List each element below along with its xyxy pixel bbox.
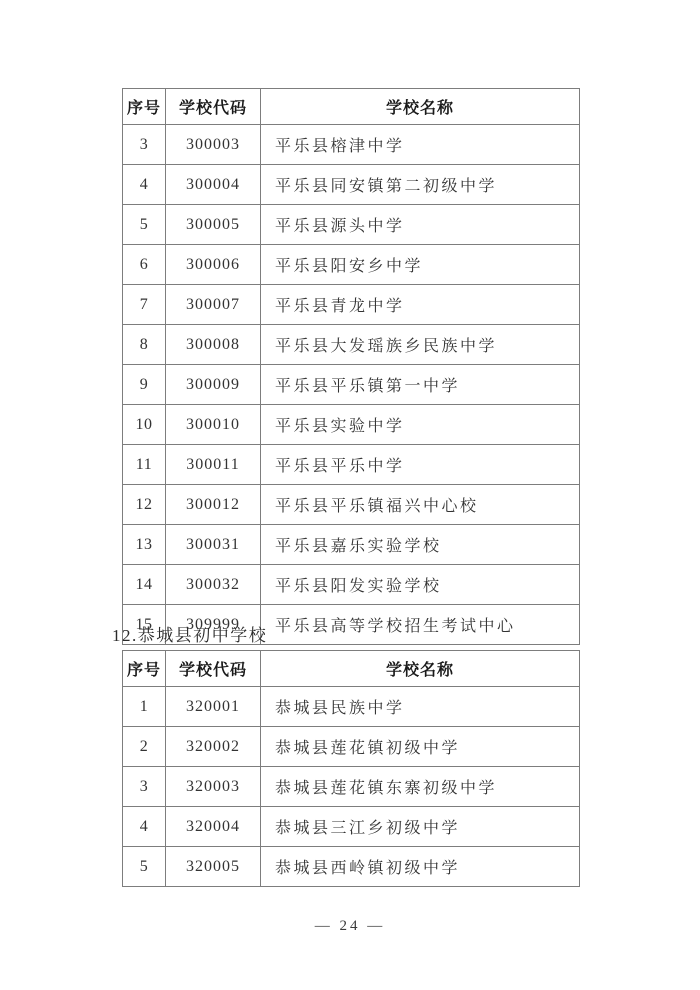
table-row: 4300004平乐县同安镇第二初级中学 (123, 165, 580, 205)
school-code-header: 学校代码 (166, 651, 261, 687)
serial-number-cell: 3 (123, 767, 166, 807)
table-row: 9300009平乐县平乐镇第一中学 (123, 365, 580, 405)
school-code-cell: 300004 (166, 165, 261, 205)
school-code-cell: 320005 (166, 847, 261, 887)
serial-number-cell: 5 (123, 847, 166, 887)
table-row: 3300003平乐县榕津中学 (123, 125, 580, 165)
serial-number-header: 序号 (123, 651, 166, 687)
school-code-cell: 300005 (166, 205, 261, 245)
school-name-cell: 平乐县平乐镇福兴中心校 (261, 485, 580, 525)
table-row: 13300031平乐县嘉乐实验学校 (123, 525, 580, 565)
serial-number-cell: 14 (123, 565, 166, 605)
school-code-cell: 300007 (166, 285, 261, 325)
school-table-pingle: 序号 学校代码 学校名称 3300003平乐县榕津中学4300004平乐县同安镇… (122, 88, 580, 645)
serial-number-cell: 11 (123, 445, 166, 485)
school-name-cell: 恭城县民族中学 (261, 687, 580, 727)
school-code-cell: 300010 (166, 405, 261, 445)
table-row: 6300006平乐县阳安乡中学 (123, 245, 580, 285)
serial-number-cell: 6 (123, 245, 166, 285)
table-row: 14300032平乐县阳发实验学校 (123, 565, 580, 605)
school-name-cell: 平乐县同安镇第二初级中学 (261, 165, 580, 205)
serial-number-cell: 13 (123, 525, 166, 565)
school-code-header: 学校代码 (166, 89, 261, 125)
school-name-cell: 平乐县平乐镇第一中学 (261, 365, 580, 405)
serial-number-cell: 10 (123, 405, 166, 445)
page-number: — 24 — (0, 918, 700, 935)
school-code-cell: 300003 (166, 125, 261, 165)
table-row: 3320003恭城县莲花镇东寨初级中学 (123, 767, 580, 807)
serial-number-cell: 7 (123, 285, 166, 325)
table-row: 2320002恭城县莲花镇初级中学 (123, 727, 580, 767)
table-row: 12300012平乐县平乐镇福兴中心校 (123, 485, 580, 525)
school-code-cell: 300009 (166, 365, 261, 405)
table-row: 11300011平乐县平乐中学 (123, 445, 580, 485)
serial-number-cell: 12 (123, 485, 166, 525)
school-code-cell: 300012 (166, 485, 261, 525)
serial-number-cell: 1 (123, 687, 166, 727)
table-body: 3300003平乐县榕津中学4300004平乐县同安镇第二初级中学5300005… (123, 125, 580, 645)
table-header-row: 序号 学校代码 学校名称 (123, 651, 580, 687)
school-name-cell: 平乐县嘉乐实验学校 (261, 525, 580, 565)
serial-number-cell: 3 (123, 125, 166, 165)
school-code-cell: 320003 (166, 767, 261, 807)
table-row: 5300005平乐县源头中学 (123, 205, 580, 245)
school-code-cell: 300006 (166, 245, 261, 285)
school-name-cell: 恭城县三江乡初级中学 (261, 807, 580, 847)
school-code-cell: 300032 (166, 565, 261, 605)
school-name-header: 学校名称 (261, 89, 580, 125)
school-name-cell: 平乐县青龙中学 (261, 285, 580, 325)
school-name-cell: 恭城县莲花镇初级中学 (261, 727, 580, 767)
serial-number-cell: 2 (123, 727, 166, 767)
table-row: 8300008平乐县大发瑶族乡民族中学 (123, 325, 580, 365)
table-header: 序号 学校代码 学校名称 (123, 89, 580, 125)
school-code-cell: 320001 (166, 687, 261, 727)
serial-number-header: 序号 (123, 89, 166, 125)
table-body: 1320001恭城县民族中学2320002恭城县莲花镇初级中学3320003恭城… (123, 687, 580, 887)
school-code-cell: 320002 (166, 727, 261, 767)
serial-number-cell: 4 (123, 807, 166, 847)
school-name-cell: 平乐县平乐中学 (261, 445, 580, 485)
serial-number-cell: 8 (123, 325, 166, 365)
school-name-cell: 平乐县阳安乡中学 (261, 245, 580, 285)
table-row: 5320005恭城县西岭镇初级中学 (123, 847, 580, 887)
serial-number-cell: 4 (123, 165, 166, 205)
school-table-gongcheng: 序号 学校代码 学校名称 1320001恭城县民族中学2320002恭城县莲花镇… (122, 650, 580, 887)
school-name-header: 学校名称 (261, 651, 580, 687)
table-row: 10300010平乐县实验中学 (123, 405, 580, 445)
table-header-row: 序号 学校代码 学校名称 (123, 89, 580, 125)
school-name-cell: 平乐县实验中学 (261, 405, 580, 445)
school-name-cell: 恭城县西岭镇初级中学 (261, 847, 580, 887)
school-name-cell: 平乐县大发瑶族乡民族中学 (261, 325, 580, 365)
school-name-cell: 平乐县源头中学 (261, 205, 580, 245)
serial-number-cell: 9 (123, 365, 166, 405)
school-code-cell: 300011 (166, 445, 261, 485)
school-name-cell: 平乐县高等学校招生考试中心 (261, 605, 580, 645)
document-page: 序号 学校代码 学校名称 3300003平乐县榕津中学4300004平乐县同安镇… (0, 0, 700, 990)
table-row: 7300007平乐县青龙中学 (123, 285, 580, 325)
school-name-cell: 平乐县榕津中学 (261, 125, 580, 165)
section-heading: 12.恭城县初中学校 (112, 621, 267, 646)
table-header: 序号 学校代码 学校名称 (123, 651, 580, 687)
table-row: 1320001恭城县民族中学 (123, 687, 580, 727)
school-name-cell: 平乐县阳发实验学校 (261, 565, 580, 605)
table-row: 4320004恭城县三江乡初级中学 (123, 807, 580, 847)
school-code-cell: 320004 (166, 807, 261, 847)
school-code-cell: 300008 (166, 325, 261, 365)
school-code-cell: 300031 (166, 525, 261, 565)
serial-number-cell: 5 (123, 205, 166, 245)
school-name-cell: 恭城县莲花镇东寨初级中学 (261, 767, 580, 807)
